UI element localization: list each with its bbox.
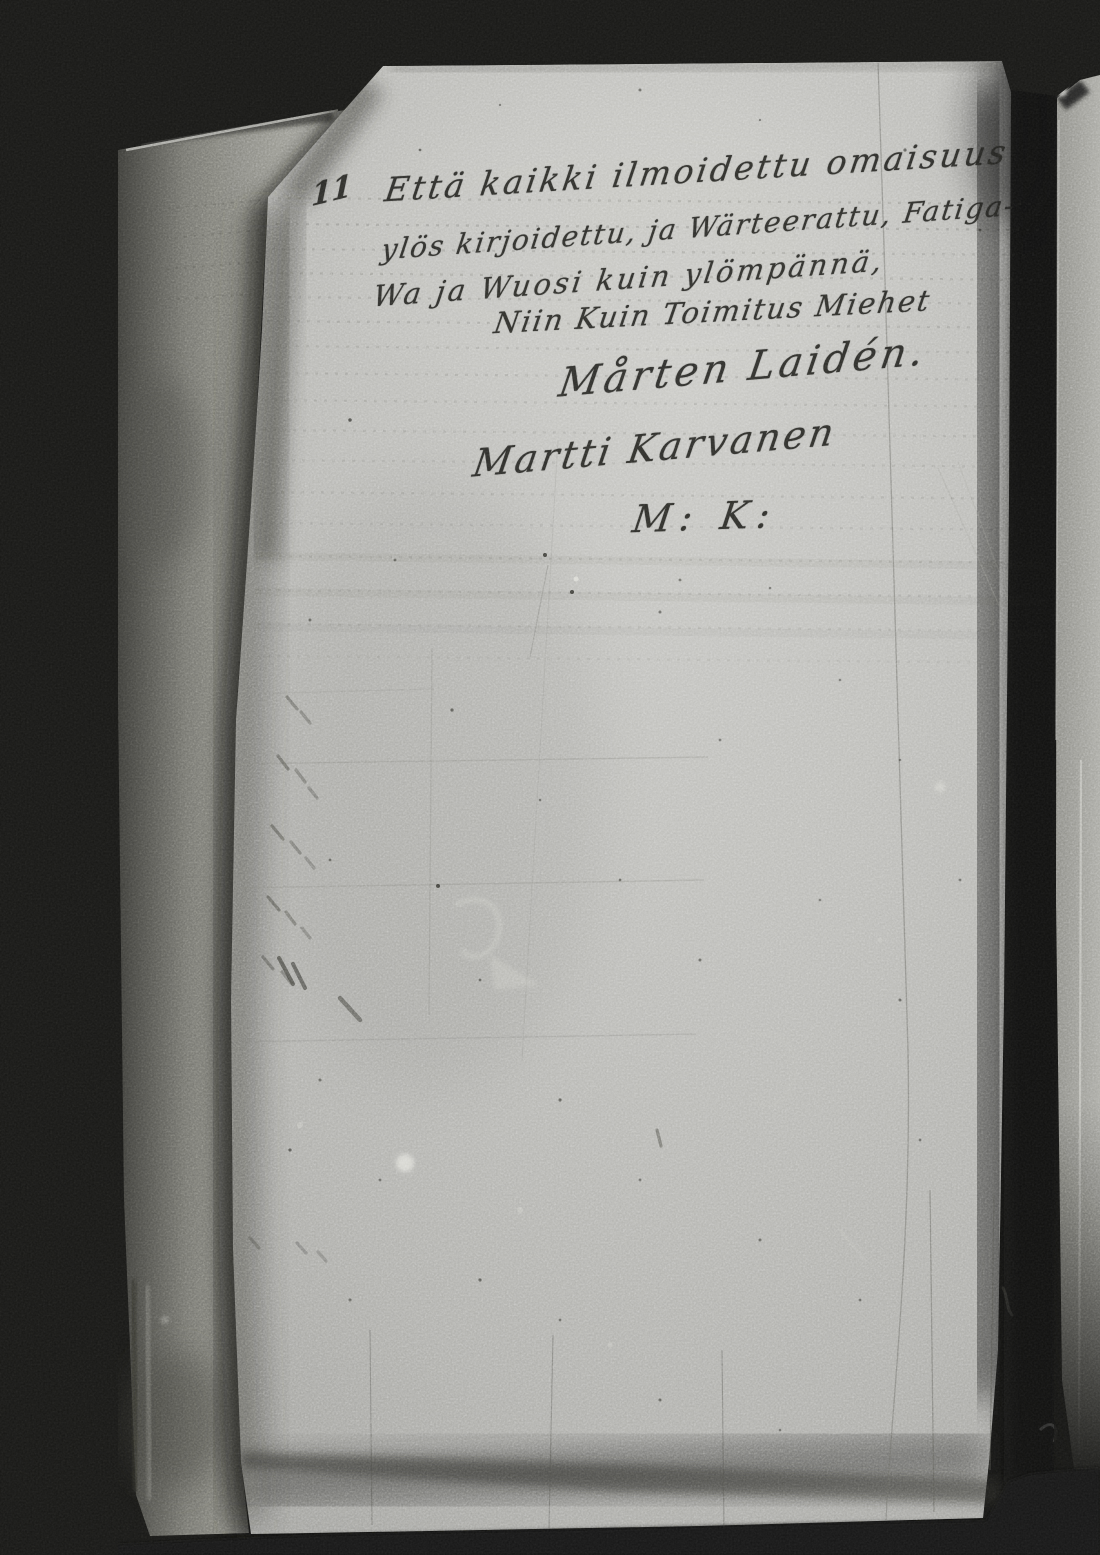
photo-artwork <box>0 0 1100 1555</box>
right-page-sliver <box>1054 75 1100 1472</box>
left-black-mask <box>0 0 118 1555</box>
scanned-manuscript-photo: 11 Että kaikki ilmoidettu omaisuus ylös … <box>0 0 1100 1555</box>
main-page <box>231 35 1050 1534</box>
